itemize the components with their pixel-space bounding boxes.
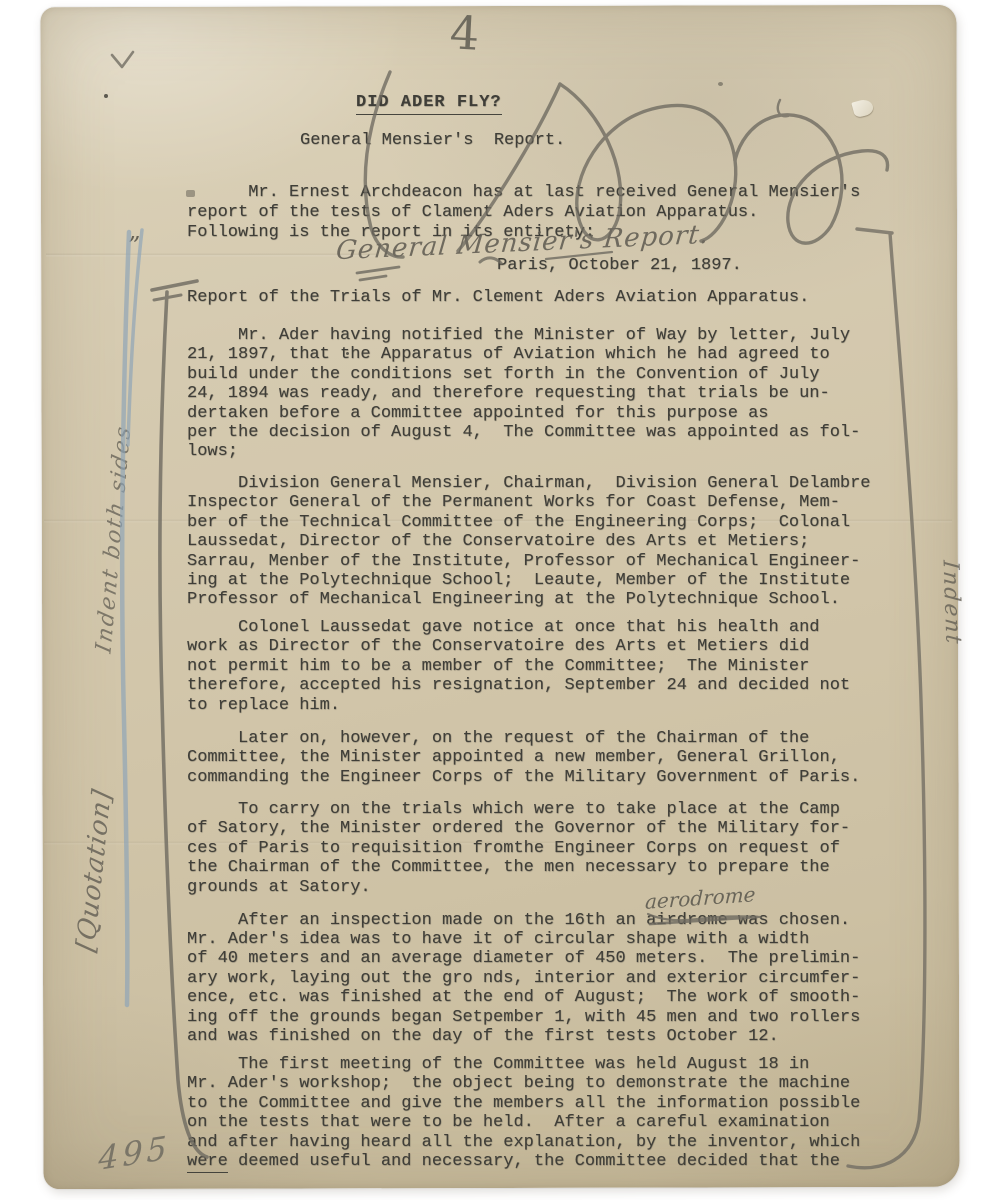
margin-note-indent: Indent (937, 560, 965, 647)
paragraph-appointment: Mr. Ader having notified the Minister of… (187, 326, 860, 462)
document-subtitle: General Mensier's Report. (300, 131, 565, 150)
paragraph-inspection-rest: Mr. Ader's idea was to have it of circul… (187, 930, 860, 1046)
paragraph-meeting: The first meeting of the Committee was h… (187, 1055, 860, 1152)
paragraph-laussedat: Colonel Laussedat gave notice at once th… (187, 618, 850, 715)
paragraph-committee: Division General Mensier, Chairman, Divi… (187, 474, 871, 610)
underlined-word-were: were (187, 1152, 228, 1173)
report-title: Report of the Trials of Mr. Clement Ader… (187, 288, 809, 307)
paper-speck (718, 82, 723, 86)
dateline: Paris, October 21, 1897. (497, 256, 742, 275)
fold-crease (46, 253, 376, 257)
ditto-mark: ” (128, 232, 140, 260)
paragraph-inspection-line1: After an inspection made on the 16th an … (187, 911, 850, 930)
struck-word-airdrome: airdrome (646, 911, 728, 930)
meeting-tail: deemed useful and necessary, the Committ… (228, 1152, 840, 1171)
paragraph-grillon: Later on, however, on the request of the… (187, 729, 860, 787)
document-title: DID ADER FLY? (356, 93, 502, 115)
handwritten-page-number: 4 (449, 5, 481, 60)
paragraph-meeting-lastline: were deemed useful and necessary, the Co… (187, 1152, 840, 1171)
inspection-suffix: was chosen. (728, 911, 850, 930)
paper-speck (104, 94, 108, 98)
inspection-prefix: After an inspection made on the 16th an (187, 911, 646, 930)
